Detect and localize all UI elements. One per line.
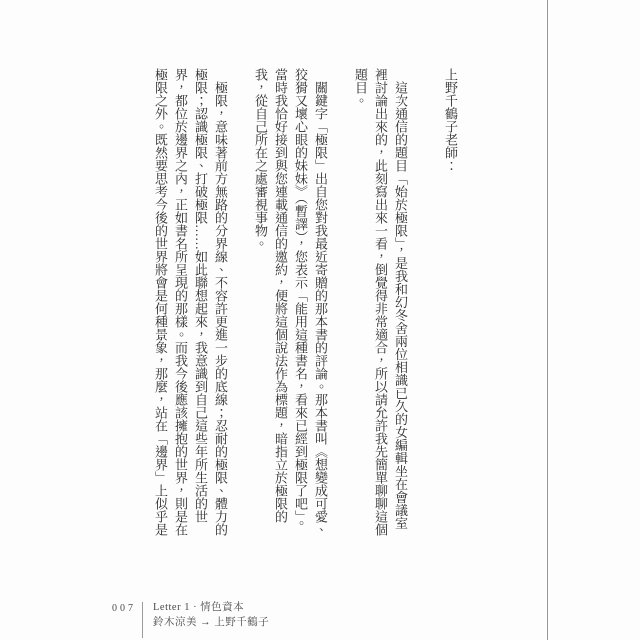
footer-authors: 鈴木涼美 → 上野千鶴子 bbox=[153, 615, 269, 630]
footer-chapter-title: Letter 1 · 情色資本 bbox=[153, 600, 269, 615]
letter-paragraph-1: 這次通信的題目「始於極限」，是我和幻冬舍兩位相識已久的女編輯坐在會議室裡討論出來… bbox=[350, 68, 410, 538]
book-page: 上野千鶴子老師： 這次通信的題目「始於極限」，是我和幻冬舍兩位相識已久的女編輯坐… bbox=[0, 0, 640, 640]
letter-paragraph-2: 關鍵字「極限」出自您對我最近寄贈的那本書的評論。那本書叫《想變成可愛、狡猾又壞心… bbox=[250, 68, 330, 538]
letter-salutation: 上野千鶴子老師： bbox=[440, 68, 460, 538]
page-edge-line bbox=[547, 0, 548, 640]
letter-body: 上野千鶴子老師： 這次通信的題目「始於極限」，是我和幻冬舍兩位相識已久的女編輯坐… bbox=[150, 68, 460, 538]
letter-paragraph-3: 極限，意味著前方無路的分界線、不容許更進一步的底線；忍耐的極限、體力的極限；認識… bbox=[150, 68, 230, 538]
footer-text-block: Letter 1 · 情色資本 鈴木涼美 → 上野千鶴子 bbox=[153, 600, 269, 630]
page-footer: 007 Letter 1 · 情色資本 鈴木涼美 → 上野千鶴子 bbox=[0, 596, 640, 640]
footer-page-number: 007 bbox=[112, 603, 136, 614]
footer-divider-line bbox=[142, 602, 143, 638]
